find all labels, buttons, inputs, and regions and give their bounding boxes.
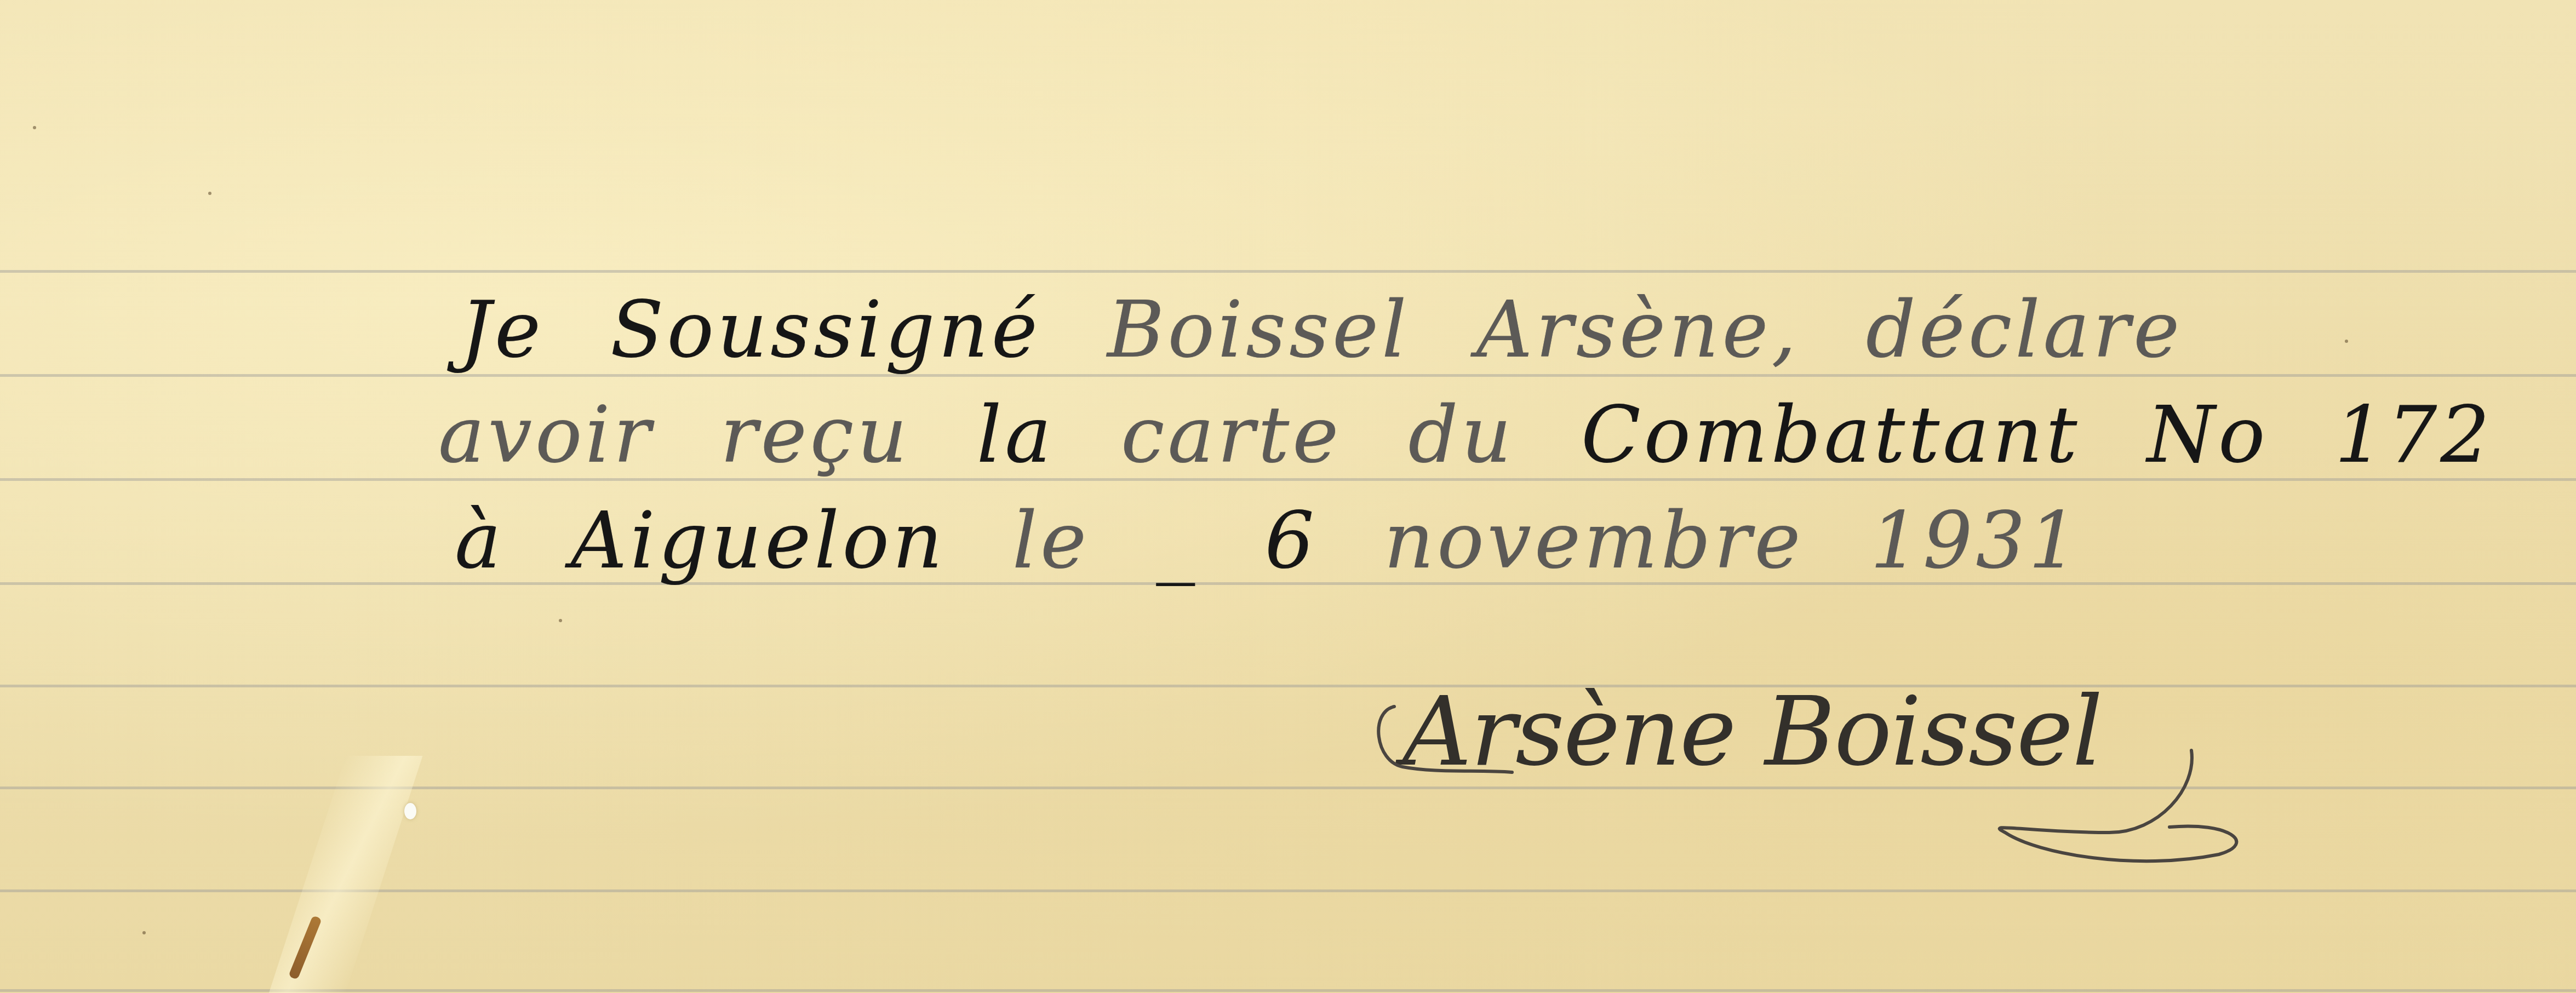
paper-speck — [559, 619, 562, 622]
word: Combattant — [1581, 390, 2081, 480]
document-page: Je Soussigné Boissel Arsène, déclare avo… — [0, 0, 2576, 993]
word: Je — [460, 285, 544, 375]
date-month: novembre — [1384, 496, 1804, 586]
paper-speck — [2345, 340, 2348, 343]
word: Boissel — [1107, 285, 1410, 375]
text-line-2: avoir reçu la carte du Combattant No 172 — [438, 390, 2532, 480]
card-number: 172 — [2335, 390, 2493, 480]
ruled-line — [0, 889, 2576, 892]
date-year: 1931 — [1870, 496, 2081, 586]
word: No — [2147, 390, 2269, 480]
paper-hole — [404, 803, 416, 819]
word: la — [977, 390, 1055, 480]
paper-speck — [33, 126, 36, 129]
place-name: Aiguelon — [571, 496, 946, 586]
ruled-line — [0, 685, 2576, 687]
ruled-line — [0, 989, 2576, 992]
paper-speck — [208, 192, 211, 195]
word: du — [1408, 390, 1514, 480]
word: déclare — [1866, 285, 2183, 375]
word: Arsène, — [1476, 285, 1800, 375]
signature: Arsène Boissel — [1403, 676, 2102, 788]
word: le — [1012, 496, 1090, 586]
word: _ — [1156, 496, 1198, 586]
text-line-1: Je Soussigné Boissel Arsène, déclare — [460, 285, 2221, 375]
word: à — [455, 496, 505, 586]
word: avoir — [438, 390, 654, 480]
ruled-line — [0, 270, 2576, 273]
paper-speck — [142, 931, 146, 934]
word: Soussigné — [610, 285, 1041, 375]
text-line-3: à Aiguelon le _ 6 novembre 1931 — [455, 496, 2120, 586]
paper-fold-crease — [268, 756, 423, 993]
date-day: 6 — [1264, 496, 1317, 586]
word: carte — [1121, 390, 1342, 480]
word: reçu — [720, 390, 911, 480]
